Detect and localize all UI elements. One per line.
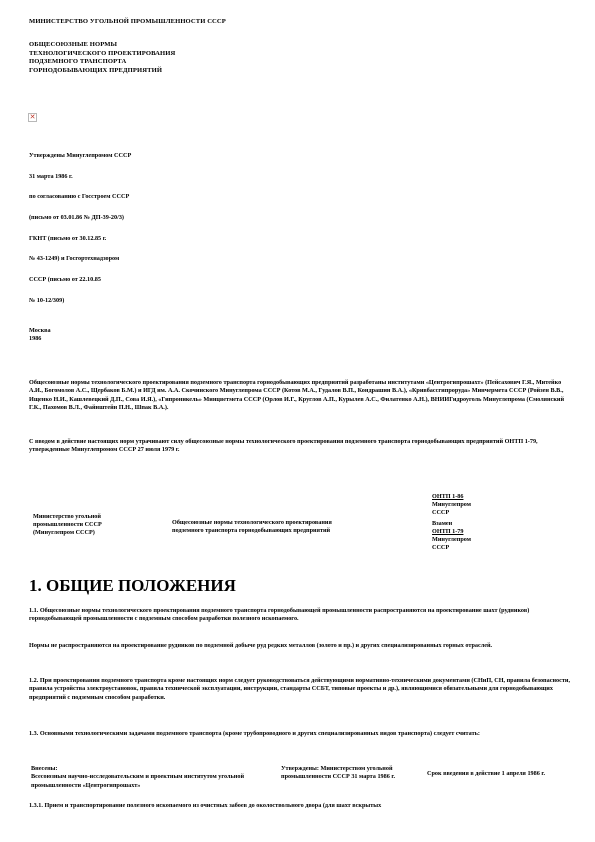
code-link[interactable]: ОНТП 1-86 (432, 493, 512, 501)
approval-line: 31 марта 1986 г. (29, 173, 131, 194)
paragraph-1-1b: Нормы не распространяются на проектирова… (29, 642, 574, 650)
approved-cell: Утверждены: Министерством угольной промы… (281, 765, 426, 782)
norms-title-cell: Общесоюзные нормы технологического проек… (172, 519, 402, 535)
introduced-by: Всесоюзным научно-исследовательским и пр… (31, 773, 246, 790)
broken-image-icon: ✕ (28, 113, 37, 122)
paragraph-1-2: 1.2. При проектировании подземного транс… (29, 677, 574, 702)
effective-date-cell: Срок введения в действие 1 апреля 1986 г… (427, 770, 567, 778)
introduced-cell: Внесены: Всесоюзным научно-исследователь… (31, 765, 246, 790)
approval-line: СССР (письмо от 22.10.85 (29, 276, 131, 297)
title-line: ТЕХНОЛОГИЧЕСКОГО ПРОЕКТИРОВАНИЯ (29, 50, 175, 59)
paragraph-1-3: 1.3. Основными технологическими задачами… (29, 730, 574, 738)
document-page: МИНИСТЕРСТВО УГОЛЬНОЙ ПРОМЫШЛЕННОСТИ ССС… (0, 0, 595, 842)
year: 1986 (29, 335, 51, 343)
approval-line: Утверждены Минуглепромом СССР (29, 152, 131, 173)
introduced-label: Внесены: (31, 765, 246, 773)
approval-block: Утверждены Минуглепромом СССР 31 марта 1… (29, 152, 131, 318)
approval-line: (письмо от 03.01.86 № ДП-39-20/3) (29, 214, 131, 235)
approval-line: по согласованию с Госстроем СССР (29, 193, 131, 214)
code-cell: ОНТП 1-86 Минуглепром СССР Взамен ОНТП 1… (432, 493, 512, 552)
ministry-name: МИНИСТЕРСТВО УГОЛЬНОЙ ПРОМЫШЛЕННОСТИ ССС… (29, 18, 226, 27)
approval-line: № 43-1249) и Госгортехнадзором (29, 255, 131, 276)
supersedes-paragraph: С вводом в действие настоящих норм утрач… (29, 438, 574, 455)
replaces-label: Взамен (432, 520, 512, 528)
paragraph-1-1: 1.1. Общесоюзные нормы технологического … (29, 607, 574, 624)
developers-paragraph: Общесоюзные нормы технологического проек… (29, 379, 574, 412)
section-heading: 1. ОБЩИЕ ПОЛОЖЕНИЯ (29, 576, 236, 596)
title-line: ОБЩЕСОЮЗНЫЕ НОРМЫ (29, 41, 175, 50)
title-line: ПОДЗЕМНОГО ТРАНСПОРТА (29, 58, 175, 67)
title-line: ГОРНОДОБЫВАЮЩИХ ПРЕДПРИЯТИЙ (29, 67, 175, 76)
paragraph-1-3-1: 1.3.1. Прием и транспортирование полезно… (29, 802, 574, 810)
approval-line: № 10-12/309) (29, 297, 131, 318)
issuer-cell: Министерство угольной промышленности ССС… (33, 513, 143, 538)
place: Москва (29, 327, 51, 335)
replaces-code-link[interactable]: ОНТП 1-79 (432, 528, 512, 536)
document-title-block: ОБЩЕСОЮЗНЫЕ НОРМЫ ТЕХНОЛОГИЧЕСКОГО ПРОЕК… (29, 41, 175, 75)
approval-line: ГКНТ (письмо от 30.12.85 г. (29, 235, 131, 256)
place-year: Москва 1986 (29, 327, 51, 344)
